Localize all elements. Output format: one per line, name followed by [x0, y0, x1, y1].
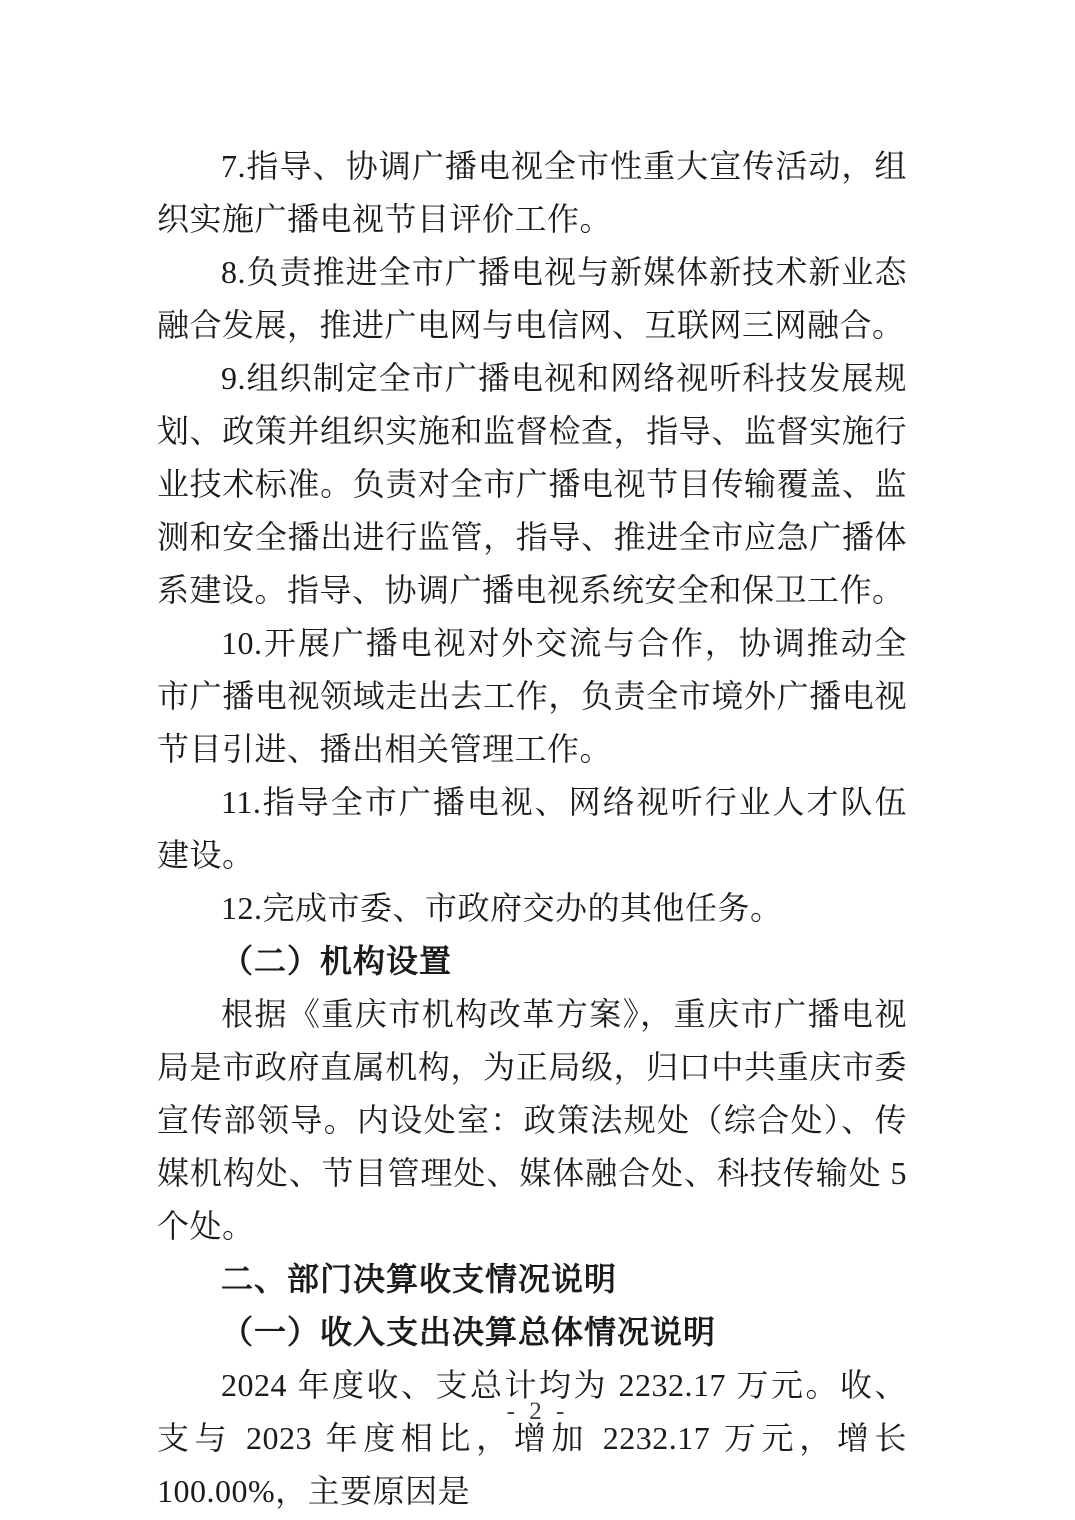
paragraph-duty-10: 10.开展广播电视对外交流与合作，协调推动全市广播电视领域走出去工作，负责全市境…: [157, 617, 907, 776]
paragraph-duty-8: 8.负责推进全市广播电视与新媒体新技术新业态融合发展，推进广电网与电信网、互联网…: [157, 246, 907, 352]
heading-part-2-budget-overview: 二、部门决算收支情况说明: [157, 1253, 907, 1306]
page-number: - 2 -: [0, 1398, 1075, 1426]
document-page: 7.指导、协调广播电视全市性重大宣传活动，组织实施广播电视节目评价工作。 8.负…: [0, 0, 1075, 1520]
paragraph-income-expenditure-summary: 2024 年度收、支总计均为 2232.17 万元。收、支与 2023 年度相比…: [157, 1359, 907, 1518]
heading-section-1-income-expenditure: （一）收入支出决算总体情况说明: [157, 1306, 907, 1359]
paragraph-duty-12: 12.完成市委、市政府交办的其他任务。: [157, 882, 907, 935]
paragraph-duty-7: 7.指导、协调广播电视全市性重大宣传活动，组织实施广播电视节目评价工作。: [157, 140, 907, 246]
paragraph-duty-11: 11.指导全市广播电视、网络视听行业人才队伍建设。: [157, 776, 907, 882]
paragraph-org-setup: 根据《重庆市机构改革方案》，重庆市广播电视局是市政府直属机构，为正局级，归口中共…: [157, 988, 907, 1253]
paragraph-duty-9: 9.组织制定全市广播电视和网络视听科技发展规划、政策并组织实施和监督检查，指导、…: [157, 352, 907, 617]
heading-section-2-org-setup: （二）机构设置: [157, 935, 907, 988]
document-content: 7.指导、协调广播电视全市性重大宣传活动，组织实施广播电视节目评价工作。 8.负…: [157, 140, 907, 1518]
